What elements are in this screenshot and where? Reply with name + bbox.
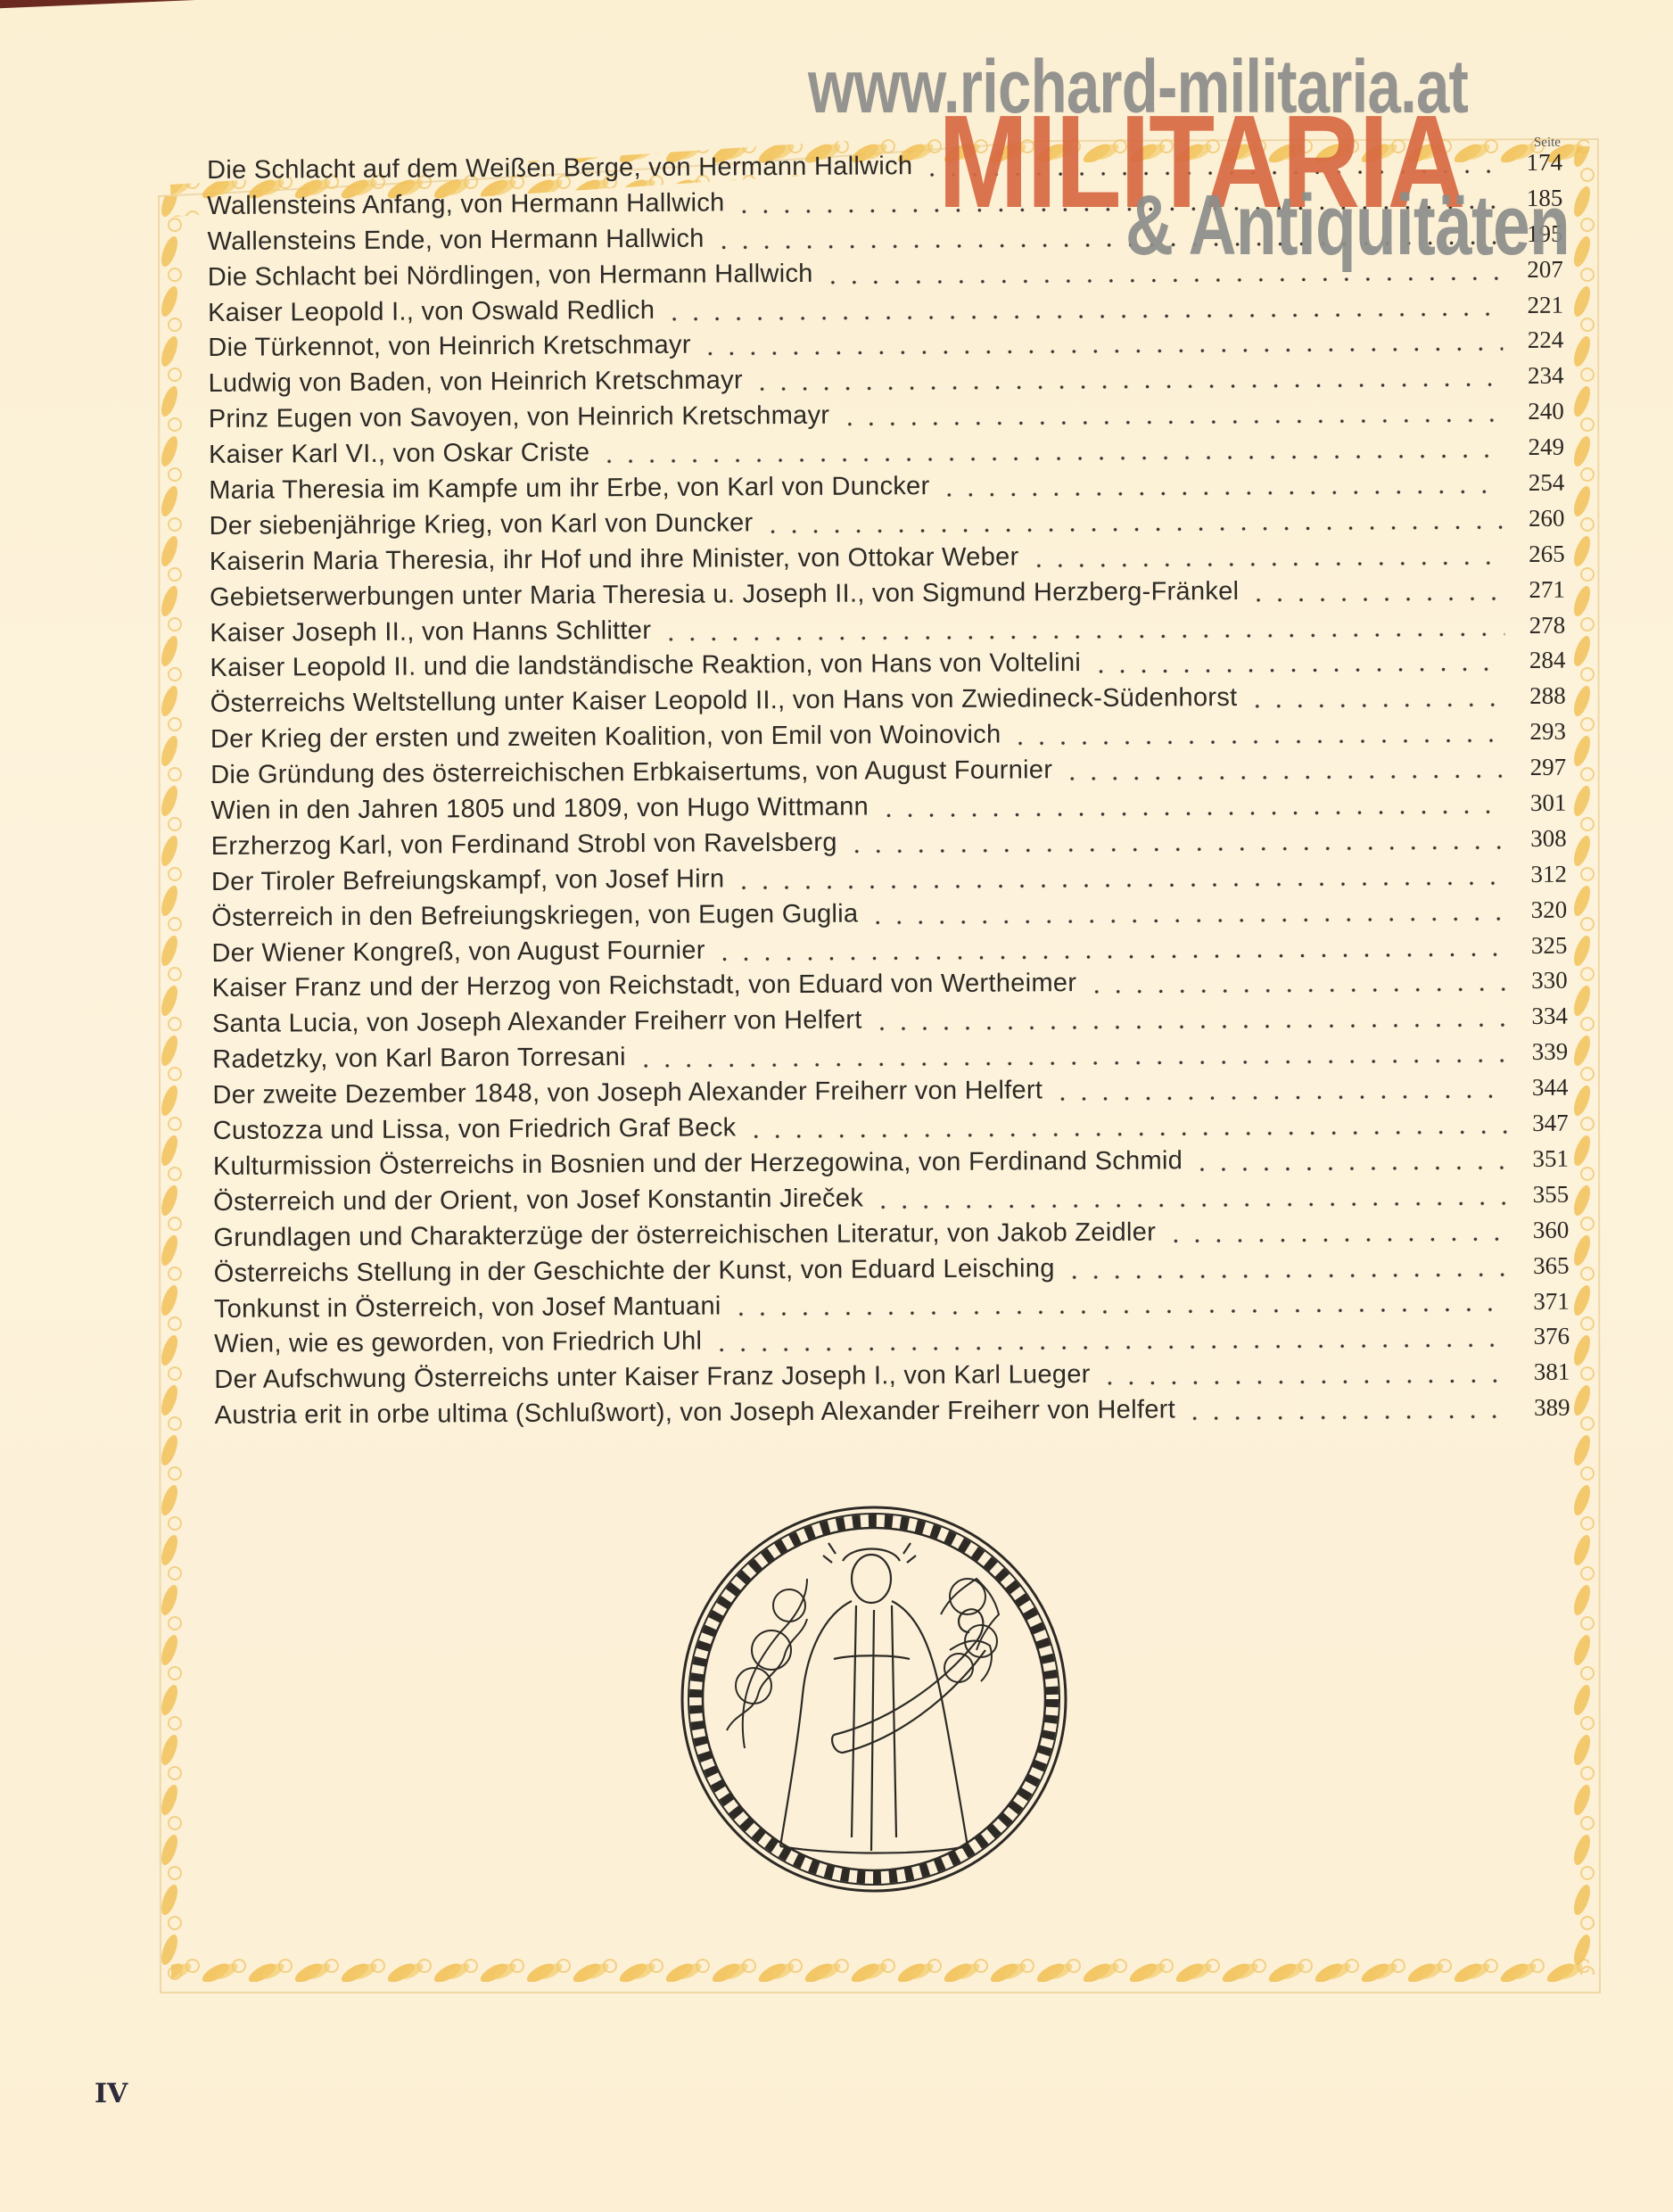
toc-entry-page-number: 355 [1517,1181,1569,1209]
toc-entry-page-number: 254 [1512,469,1564,497]
dot-leader [1090,668,1504,674]
toc-entry-page-number: 293 [1514,718,1566,746]
toc-entry-page-number: 334 [1516,1003,1568,1030]
dot-leader [762,525,1504,533]
dot-leader [838,418,1503,426]
toc-entry-page-number: 347 [1517,1110,1569,1137]
toc-entry-page-number: 351 [1517,1145,1569,1173]
toc-entry-page-number: 271 [1513,575,1565,603]
dot-leader [635,1059,1507,1068]
dot-leader [1184,1415,1510,1420]
toc-entry-title: Österreichs Weltstellung unter Kaiser Le… [210,683,1238,719]
dot-leader [1248,597,1504,602]
toc-entry-title: Santa Lucia, von Joseph Alexander Freihe… [212,1006,862,1039]
toc-entry-page-number: 371 [1518,1287,1570,1315]
toc-entry-title: Radetzky, von Karl Baron Torresani [212,1043,626,1075]
toc-entry-title: Österreich und der Orient, von Josef Kon… [213,1184,863,1217]
toc-entry-page-number: 339 [1516,1038,1568,1066]
toc-entry-title: Die Türkennot, von Heinrich Kretschmayr [208,331,691,363]
toc-entry-page-number: 301 [1514,789,1566,817]
toc-entry-title: Die Schlacht auf dem Weißen Berge, von H… [207,152,912,186]
dot-leader [822,276,1503,285]
toc-entry-page-number: 284 [1513,647,1565,674]
watermark-subtitle: & Antiquitäten [1125,183,1570,268]
toc-entry-title: Der Tiroler Befreiungskampf, von Josef H… [211,864,725,897]
table-of-contents: Seite Die Schlacht auf dem Weißen Berge,… [207,148,1570,1437]
toc-entry-title: Wien, wie es geworden, von Friedrich Uhl [214,1327,702,1359]
toc-entry-title: Austria erit in orbe ultima (Schlußwort)… [215,1396,1176,1432]
dot-leader [939,490,1504,497]
dot-leader [1061,774,1505,780]
dot-leader [714,953,1507,961]
toc-entry-title: Gebietserwerbungen unter Maria Theresia … [210,577,1240,613]
dot-leader [752,383,1504,391]
dot-leader [1028,561,1504,567]
toc-entry-title: Kaiser Joseph II., von Hanns Schlitter [210,616,651,648]
toc-entry-title: Kaiser Leopold II. und die landständisch… [210,648,1081,683]
toc-entry-page-number: 320 [1515,896,1567,923]
toc-entry-title: Kulturmission Österreichs in Bosnien und… [213,1146,1183,1182]
toc-entry-page-number: 308 [1515,825,1567,853]
dot-leader [1085,988,1506,995]
toc-entry-page-number: 240 [1512,398,1564,425]
page-column-header: Seite [1534,136,1561,151]
toc-entry-title: Kaiser Leopold I., von Oswald Redlich [208,295,655,327]
dot-leader [730,1308,1509,1316]
toc-entry-title: Der Krieg der ersten und zweiten Koaliti… [210,721,1001,755]
toc-entry-page-number: 365 [1518,1251,1570,1279]
toc-entry-page-number: 265 [1513,541,1565,568]
toc-entry-page-number: 330 [1516,967,1568,995]
dot-leader [663,312,1503,321]
toc-entry-title: Der zweite Dezember 1848, von Joseph Ale… [212,1076,1043,1110]
dot-leader [1165,1237,1508,1242]
dot-leader [867,917,1506,924]
toc-entry-page-number: 260 [1512,505,1564,532]
dot-leader [1010,739,1506,745]
toc-entry-page-number: 224 [1512,326,1563,354]
toc-entry-page-number: 312 [1515,861,1567,888]
toc-entry-page-number: 278 [1513,611,1565,639]
toc-entry-title: Die Schlacht bei Nördlingen, von Hermann… [208,260,813,293]
dot-leader [733,881,1506,889]
toc-entry-page-number: 249 [1512,433,1564,461]
toc-entry-title: Österreichs Stellung in der Geschichte d… [214,1254,1055,1289]
toc-entry-title: Kaiserin Maria Theresia, ihr Hof und ihr… [210,542,1019,577]
toc-entry-page-number: 288 [1514,682,1566,710]
toc-entry-title: Erzherzog Karl, von Ferdinand Strobl von… [211,829,837,862]
toc-entry-page-number: 325 [1515,931,1567,959]
toc-entry-title: Prinz Eugen von Savoyen, von Heinrich Kr… [209,401,830,434]
toc-entry-title: Wien in den Jahren 1805 und 1809, von Hu… [210,793,869,827]
page-folio-number: IV [95,2078,128,2109]
toc-entry-page-number: 389 [1519,1394,1570,1422]
toc-entry-title: Der siebenjährige Krieg, von Karl von Du… [209,508,753,541]
dot-leader [660,632,1504,641]
toc-entry-title: Wallensteins Ende, von Hermann Hallwich [207,224,704,256]
dot-leader [700,348,1504,357]
dot-leader [1246,703,1504,708]
toc-entry-title: Die Gründung des österreichischen Erbkai… [210,755,1052,790]
toc-entry-title: Der Aufschwung Österreichs unter Kaiser … [214,1360,1090,1395]
toc-entry-title: Custozza und Lissa, von Friedrich Graf B… [213,1113,737,1146]
toc-entry-page-number: 221 [1512,291,1563,318]
dot-leader [1064,1273,1509,1279]
toc-entry-page-number: 297 [1514,754,1566,781]
dot-leader [711,1343,1509,1351]
toc-entry-title: Grundlagen und Charakterzüge der österre… [213,1217,1156,1252]
dot-leader [1191,1166,1508,1171]
dot-leader [871,1023,1507,1030]
dot-leader [745,1130,1507,1138]
toc-entry-page-number: 234 [1512,362,1563,390]
toc-entry-title: Tonkunst in Österreich, von Josef Mantua… [214,1292,721,1324]
toc-entry-title: Kaiser Karl VI., von Oskar Criste [209,439,590,471]
toc-entry-title: Wallensteins Anfang, von Hermann Hallwic… [207,188,724,221]
toc-entry-title: Österreich in den Befreiungskriegen, von… [211,899,858,932]
dot-leader [872,1201,1508,1209]
dot-leader [1051,1094,1507,1101]
allegorical-muse-medallion-icon [673,1498,1075,1900]
toc-entry-page-number: 174 [1511,149,1562,177]
dot-leader [1100,1379,1510,1385]
toc-entry-page-number: 376 [1518,1323,1570,1350]
toc-entry-title: Ludwig von Baden, von Heinrich Kretschma… [208,367,743,400]
toc-entry-title: Der Wiener Kongreß, von August Fournier [211,936,705,968]
toc-entry-page-number: 344 [1516,1074,1568,1102]
book-cover-edge [0,0,607,9]
toc-entry-page-number: 381 [1518,1358,1570,1386]
dot-leader [846,846,1506,854]
toc-entry-page-number: 360 [1517,1216,1569,1243]
toc-entry-title: Kaiser Franz und der Herzog von Reichsta… [212,970,1077,1004]
dot-leader [598,454,1504,463]
dot-leader [878,810,1505,817]
toc-entry-title: Maria Theresia im Kampfe um ihr Erbe, vo… [209,472,929,506]
